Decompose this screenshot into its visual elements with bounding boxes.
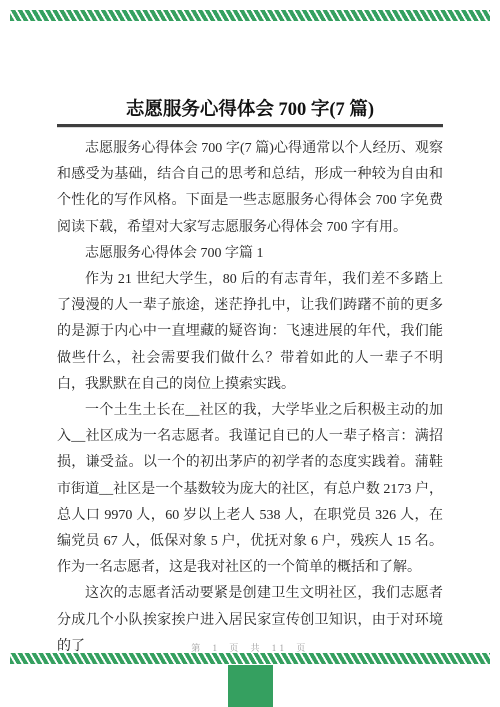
document-page: 志愿服务心得体会 700 字(7 篇) 志愿服务心得体会 700 字(7 篇)心… (0, 0, 500, 707)
paragraph-intro: 志愿服务心得体会 700 字(7 篇)心得通常以个人经历、观察和感受为基础，结合… (57, 136, 443, 241)
paragraph-body-1: 作为 21 世纪大学生，80 后的有志青年，我们差不多踏上了漫漫的人一辈子旅途，… (57, 267, 443, 398)
document-body: 志愿服务心得体会 700 字(7 篇)心得通常以个人经历、观察和感受为基础，结合… (57, 136, 443, 660)
page-number-text: 第 1 页 共 11 页 (191, 643, 308, 653)
bottom-decorative-square (228, 665, 273, 707)
paragraph-body-2: 一个土生土长在__社区的我，大学毕业之后积极主动的加入__社区成为一名志愿者。我… (57, 398, 443, 581)
paragraph-section-heading: 志愿服务心得体会 700 字篇 1 (57, 241, 443, 267)
page-title: 志愿服务心得体会 700 字(7 篇) (57, 95, 443, 121)
top-decorative-ribbon (10, 10, 490, 21)
bottom-decorative-ribbon (10, 653, 490, 664)
title-divider (57, 124, 443, 128)
